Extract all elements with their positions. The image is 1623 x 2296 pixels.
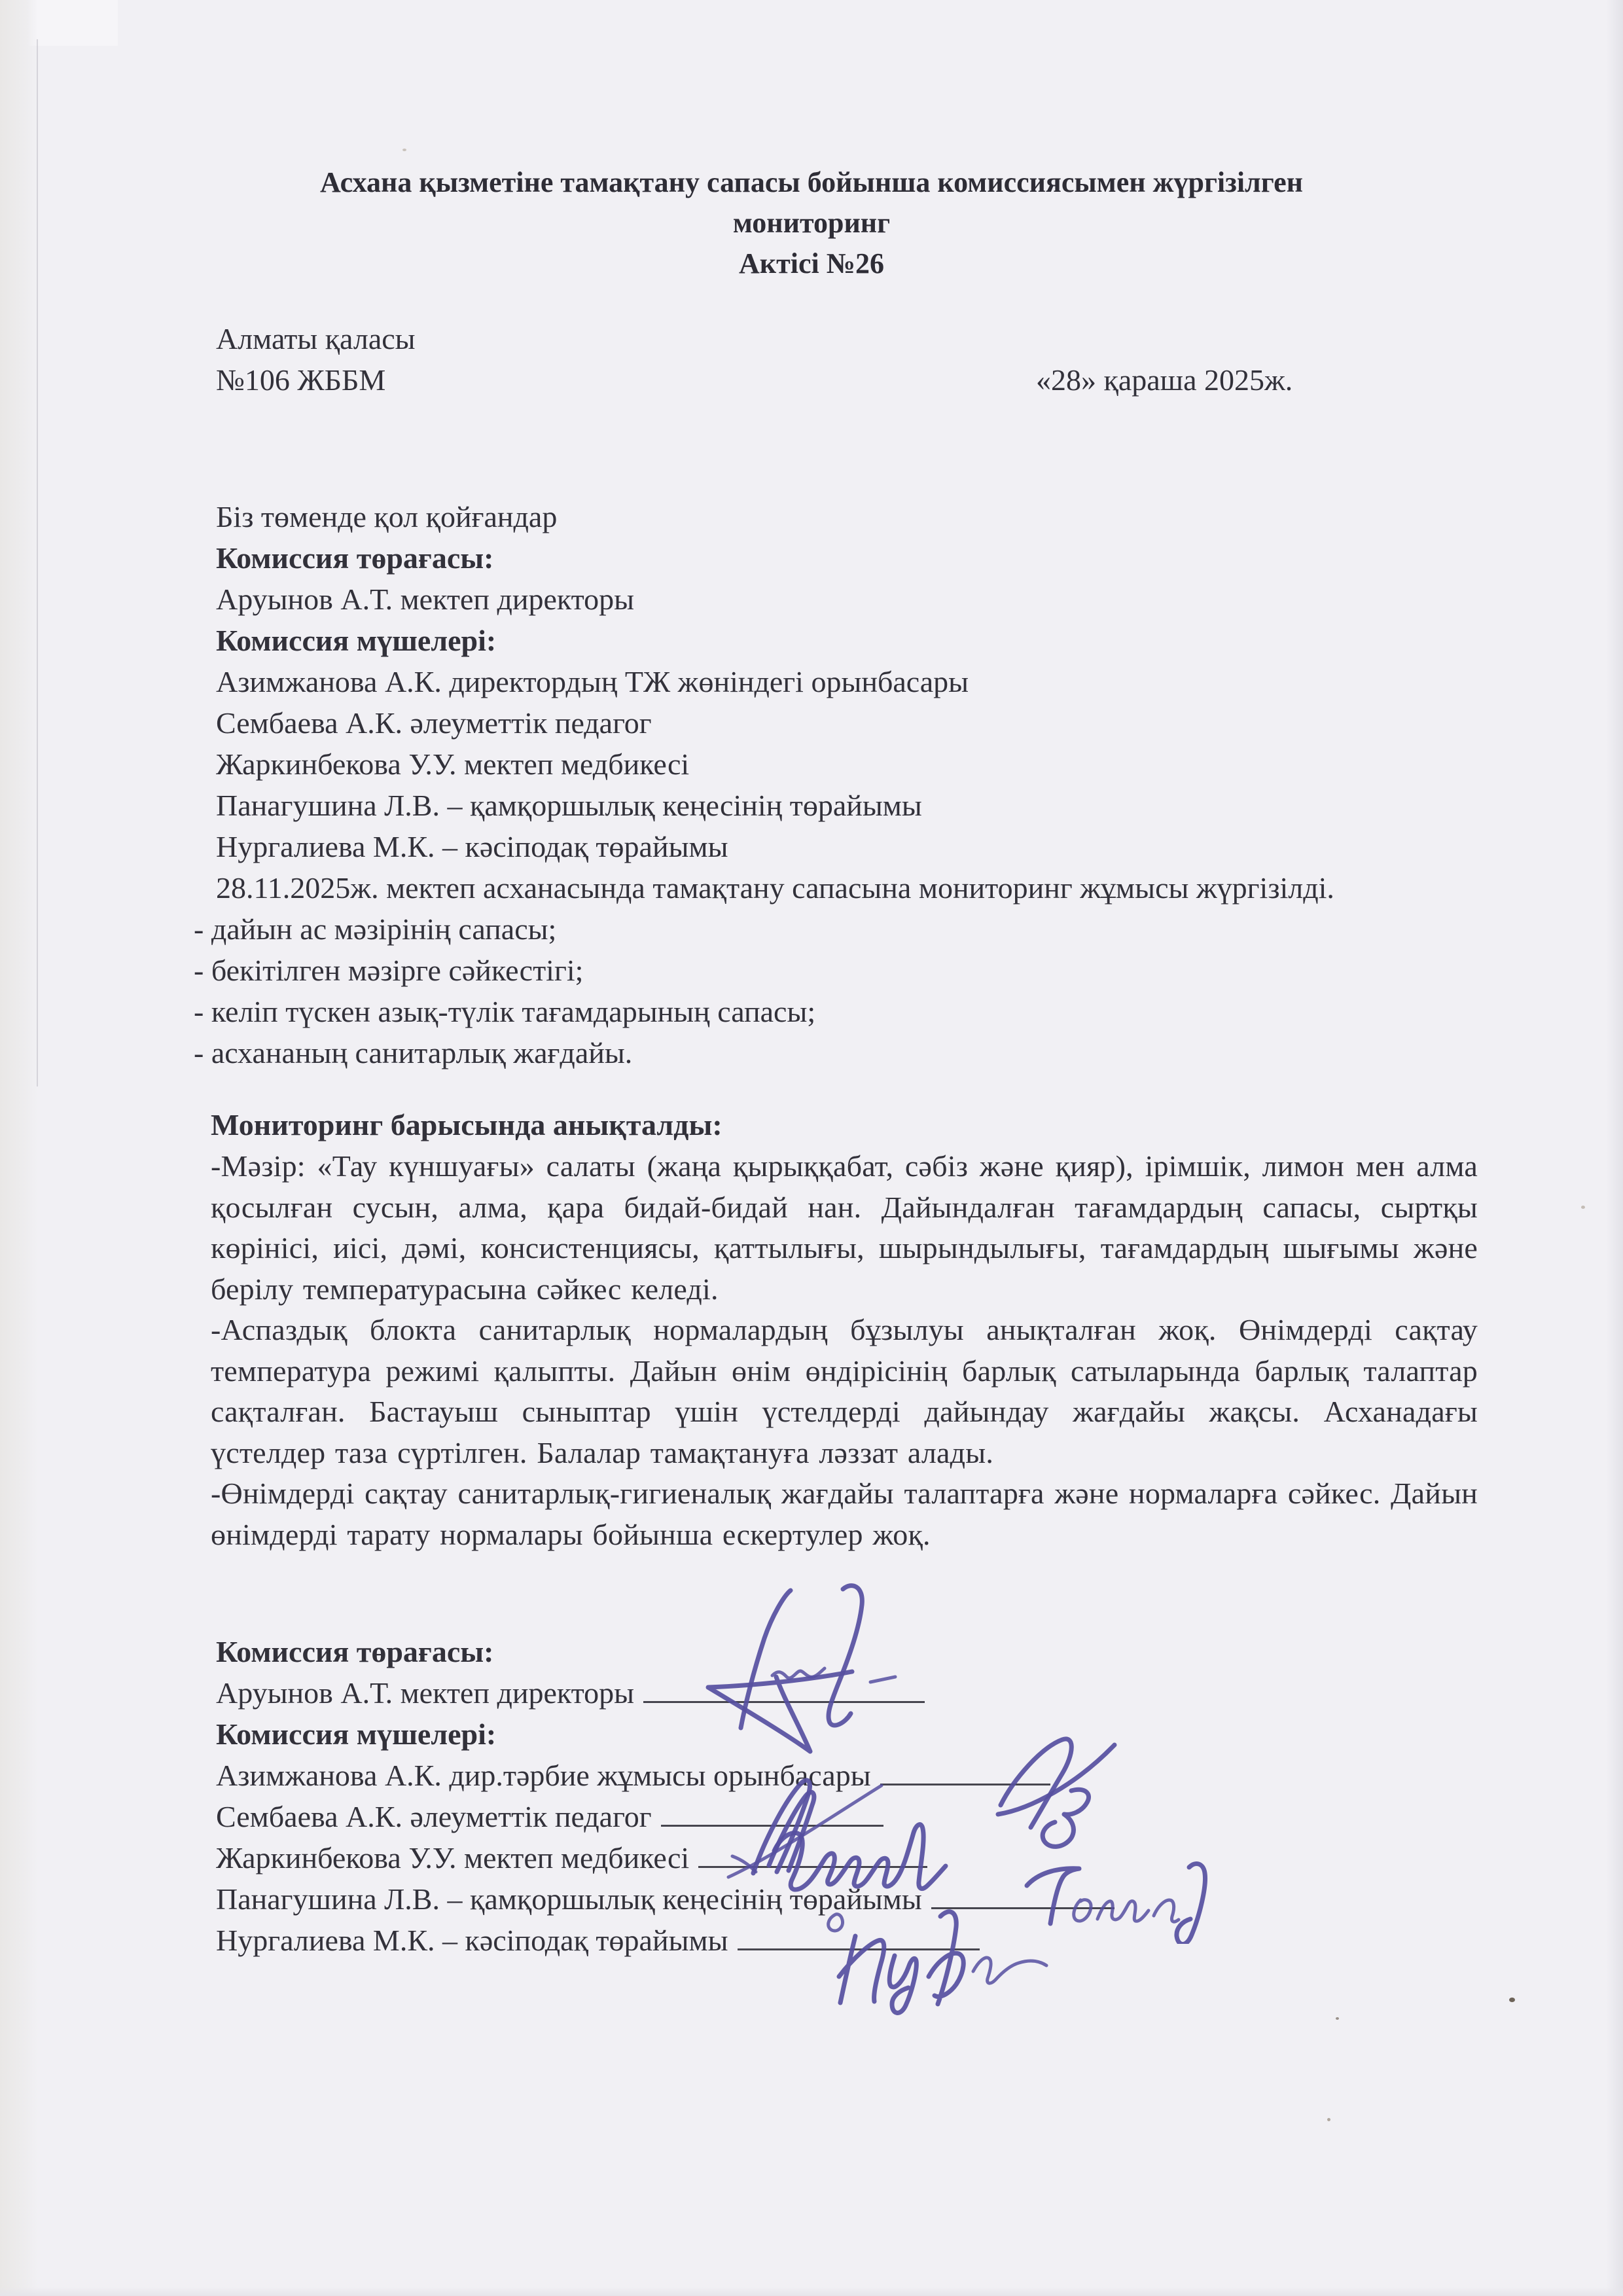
checklist-item: - келіп түскен азық-түлік тағамдарының с… — [194, 991, 1476, 1032]
sig-row-text: Азимжанова А.К. дир.тәрбие жұмысы орынба… — [216, 1759, 871, 1792]
member-line: Жаркинбекова У.У. мектеп медбикесі — [216, 744, 1486, 785]
findings-section: Мониторинг барысында анықталды: -Мәзір: … — [211, 1105, 1478, 1555]
checklist: - дайын ас мәзірінің сапасы; - бекітілге… — [194, 908, 1476, 1073]
scan-bottom-edge-shadow — [0, 2287, 1623, 2296]
findings-paragraph-1: -Мәзір: «Тау күншуағы» салаты (жаңа қыры… — [211, 1146, 1478, 1310]
document-title: Асхана қызметіне тамақтану сапасы бойынш… — [0, 162, 1623, 284]
sig-row-chair: Аруынов А.Т. мектеп директоры — [216, 1672, 1525, 1713]
opening-line: Біз төменде қол қойғандар — [216, 496, 1486, 537]
sig-row-text: Нургалиева М.К. – кәсіподақ төрайымы — [216, 1924, 728, 1957]
paper-speck — [1327, 2118, 1330, 2121]
document-date: «28» қараша 2025ж. — [1036, 359, 1293, 401]
signature-line — [698, 1840, 927, 1868]
member-line: Сембаева А.К. әлеуметтік педагог — [216, 702, 1486, 744]
sig-row-text: Панагушина Л.В. – қамқоршылық кеңесінің … — [216, 1882, 922, 1916]
title-line-2: мониторинг — [0, 203, 1623, 243]
chair-name: Аруынов А.Т. мектеп директоры — [216, 579, 1486, 620]
scan-left-edge-shadow — [0, 0, 38, 2296]
title-line-3: Актісі №26 — [0, 243, 1623, 284]
member-line: Азимжанова А.К. директордың ТЖ жөніндегі… — [216, 661, 1486, 702]
school-line: №106 ЖББМ — [216, 359, 416, 401]
member-line: Панагушина Л.В. – қамқоршылық кеңесінің … — [216, 785, 1486, 826]
sig-row-chair-text: Аруынов А.Т. мектеп директоры — [216, 1676, 634, 1710]
signature-block: Комиссия төрағасы: Аруынов А.Т. мектеп д… — [216, 1631, 1525, 1961]
sig-row-text: Сембаева А.К. әлеуметтік педагог — [216, 1800, 652, 1833]
sig-row: Азимжанова А.К. дир.тәрбие жұмысы орынба… — [216, 1755, 1525, 1796]
paper-speck — [1336, 2017, 1339, 2020]
sig-row-text: Жаркинбекова У.У. мектеп медбикесі — [216, 1841, 689, 1874]
sig-row: Панагушина Л.В. – қамқоршылық кеңесінің … — [216, 1878, 1525, 1920]
findings-paragraph-3: -Өнімдерді сақтау санитарлық-гигиеналық … — [211, 1473, 1478, 1555]
sig-row: Жаркинбекова У.У. мектеп медбикесі — [216, 1837, 1525, 1878]
chair-label: Комиссия төрағасы: — [216, 537, 1486, 579]
checklist-item: - асхананың санитарлық жағдайы. — [194, 1032, 1476, 1073]
paper-speck — [1581, 1206, 1585, 1209]
member-line: Нургалиева М.К. – кәсіподақ төрайымы — [216, 826, 1486, 867]
sig-row: Нургалиева М.К. – кәсіподақ төрайымы — [216, 1920, 1525, 1961]
findings-paragraph-2: -Аспаздық блокта санитарлық нормалардың … — [211, 1310, 1478, 1473]
signature-line — [880, 1757, 1050, 1785]
scan-right-edge-shadow — [1606, 0, 1623, 2296]
monitoring-statement: 28.11.2025ж. мектеп асханасында тамақтан… — [216, 867, 1486, 908]
signature-line — [661, 1799, 883, 1827]
paper-speck — [402, 149, 406, 151]
members-label: Комиссия мүшелері: — [216, 620, 1486, 661]
intro-block: Біз төменде қол қойғандар Комиссия төрағ… — [216, 496, 1486, 908]
signature-line — [738, 1922, 980, 1950]
city-line: Алматы қаласы — [216, 318, 416, 359]
scanned-document-page: Асхана қызметіне тамақтану сапасы бойынш… — [0, 0, 1623, 2296]
checklist-item: - дайын ас мәзірінің сапасы; — [194, 908, 1476, 950]
title-line-1: Асхана қызметіне тамақтану сапасы бойынш… — [0, 162, 1623, 203]
sig-chair-label: Комиссия төрағасы: — [216, 1631, 1525, 1672]
document-meta: Алматы қаласы №106 ЖББМ — [216, 318, 416, 401]
sig-row: Сембаева А.К. әлеуметтік педагог — [216, 1796, 1525, 1837]
checklist-item: - бекітілген мәзірге сәйкестігі; — [194, 950, 1476, 991]
signature-line — [643, 1675, 925, 1703]
findings-heading: Мониторинг барысында анықталды: — [211, 1105, 1478, 1146]
signature-line — [931, 1881, 1115, 1909]
paper-speck — [1509, 1998, 1515, 2002]
sig-members-label: Комиссия мүшелері: — [216, 1713, 1525, 1755]
